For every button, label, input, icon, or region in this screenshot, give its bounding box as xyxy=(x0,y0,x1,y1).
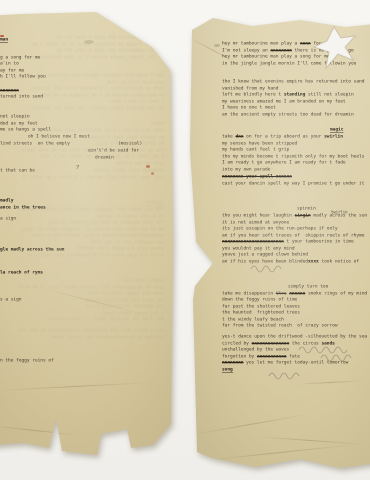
typed-line: youve just a ragged clown behind xyxy=(222,252,308,257)
typed-line: simply turn too xyxy=(288,284,328,289)
typed-line: its just escapin on the run-perhaps if o… xyxy=(222,226,338,231)
typed-line: you wouldnt pay it any mind xyxy=(222,246,295,251)
typed-segment: dxx xyxy=(235,134,243,139)
typed-segment: xxxxxxxxxxx xyxy=(257,354,287,359)
typed-segment: tho you might hear laughin xyxy=(222,213,295,218)
typed-segment: standing xyxy=(284,92,306,97)
typed-segment: xxxxxx xyxy=(289,291,305,296)
typed-line: song xyxy=(222,367,233,373)
typed-line: tho you might hear laughin singin madly … xyxy=(222,213,367,218)
typed-segment: took notice of xyxy=(319,259,359,264)
typed-segment: xxxxxxxxxxxxxxxxxxxxxxx xyxy=(222,239,284,244)
right-page-paper: hey mr tambourine man play a xxxx for me… xyxy=(183,12,370,474)
typed-segment: madly across the sun xyxy=(311,213,367,218)
typed-line: take dxx on for a trip aboard as your sw… xyxy=(222,134,343,139)
typed-segment: swirlin xyxy=(324,134,343,139)
typed-segment: singin xyxy=(295,213,311,218)
typed-line: the haunted frightened trees xyxy=(222,310,300,315)
typed-line: I am ready t go anywhere I am ready for … xyxy=(222,160,346,165)
typed-line: I have no one t meet xyxy=(222,105,276,110)
pencil-scribble xyxy=(268,371,302,380)
typed-line: left me blindly here t standing still no… xyxy=(222,92,354,97)
typed-line: spinnin xyxy=(297,206,316,211)
photo-of-typed-lyric-pages: hey mr tambourine man play a xxxx for me… xyxy=(0,0,370,480)
typed-line: xxxxxxxx your spell xxxxxx xyxy=(222,174,292,179)
typed-segment: on for a trip aboard as your xyxy=(244,134,325,139)
rust-stain xyxy=(188,239,192,243)
typed-segment: take me disappearin xyxy=(222,291,276,296)
right-page-origin: hey mr tambourine man play a xxxx for me… xyxy=(0,0,370,480)
typed-segment: still not sleepin xyxy=(305,92,353,97)
typed-line: into my own parade xyxy=(222,167,270,172)
typed-line: down the foggy ruins of time xyxy=(222,297,297,302)
typed-segment: an if his eyes have been blinded xyxy=(222,259,308,264)
pencil-scribble xyxy=(250,264,282,273)
typed-segment: t your tambourine in time xyxy=(284,239,354,244)
typed-segment: xxxx xyxy=(308,259,319,264)
right-page-shadow-wrapper: hey mr tambourine man play a xxxx for me… xyxy=(0,0,370,480)
typed-line: forgotten by xxxxxxxxxxx fate xyxy=(222,354,300,359)
typed-line: magic xyxy=(330,127,343,133)
typed-segment: thru xyxy=(276,291,287,296)
typed-line: yes-t dance upon the driftwood -silhouet… xyxy=(222,334,367,339)
pencil-scribble xyxy=(320,353,352,362)
typed-segment: hey mr tambourine man play a xyxy=(222,41,300,46)
typed-line: unchallenged by the waves xyxy=(222,347,289,352)
typed-line: t the windy leafy beach xyxy=(222,317,284,322)
typed-line: my weariness amazed me I am branded on m… xyxy=(222,99,346,104)
typed-line: take me disappearin thru xxxxxx smoke ri… xyxy=(222,291,367,296)
typed-segment: xxxxxxxx xyxy=(270,48,292,53)
typed-segment: left me blindly here t xyxy=(222,92,284,97)
typed-line: an the ancient empty streets too dead fo… xyxy=(222,112,354,117)
typed-line: an if his eyes have been blindedxxxx too… xyxy=(222,259,359,264)
typed-segment: xxxxxxxxxxxxxx xyxy=(252,341,290,346)
typed-line: vanished from my hand xyxy=(222,86,278,91)
typed-line: far from the twisted reach of crazy sorr… xyxy=(222,323,338,328)
typed-line: far past the shattered leaves xyxy=(222,304,300,309)
torn-hole xyxy=(312,24,360,72)
typed-segment: smoke rings of my mind xyxy=(305,291,367,296)
typed-segment: take xyxy=(222,134,235,139)
typed-line: my senses have been stripped xyxy=(222,141,297,146)
typed-line: an if you hear soft traces of skippin re… xyxy=(222,233,364,238)
typed-segment: I'm not sleepy an xyxy=(222,48,270,53)
typed-segment: circled by xyxy=(222,341,252,346)
typed-segment: fate xyxy=(287,354,300,359)
typed-line: tho my minds become t ripsmith only for … xyxy=(222,154,364,159)
typed-segment: xxxx xyxy=(300,41,311,46)
right-page-typed-text: hey mr tambourine man play a xxxx for me… xyxy=(0,0,370,480)
typed-line: xxxxxxxxxxxxxxxxxxxxxxx t your tambourin… xyxy=(222,239,354,244)
smudge xyxy=(246,17,255,21)
typed-line: it is not aimed at anyone xyxy=(222,220,289,225)
typed-line: cast your dancin spell my way I promise … xyxy=(222,181,364,186)
typed-segment: xxxxxxxx xyxy=(222,360,244,365)
typed-line: my hands cant feel t grip xyxy=(222,147,289,152)
typed-segment: forgotten by xyxy=(222,354,257,359)
typed-line: tho I know that evenins empire has retur… xyxy=(222,79,364,84)
